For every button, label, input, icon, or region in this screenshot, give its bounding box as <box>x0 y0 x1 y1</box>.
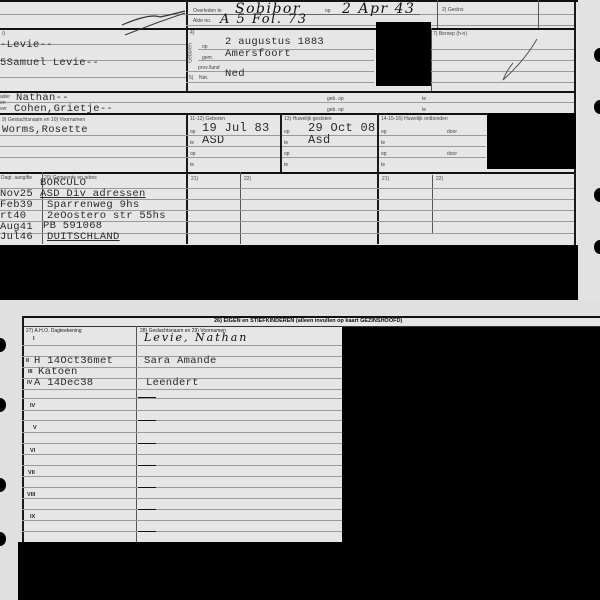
row-number: VIII <box>27 492 35 498</box>
birth-date: 2 augustus 1883 <box>225 36 324 48</box>
ontbonden-label: 14-15-16) Huwelijk ontbonden <box>381 116 448 122</box>
given-names-text: Samuel Levie-- <box>7 57 99 69</box>
redaction-block <box>18 542 600 600</box>
op-label: op <box>284 151 290 157</box>
door-label: door <box>447 129 457 135</box>
birth-place: Amersfoort <box>225 48 291 60</box>
death-op-label: op <box>325 8 331 14</box>
marriage-te-label: te <box>284 140 288 146</box>
rule <box>538 0 539 28</box>
col23-label: 21) <box>382 176 389 182</box>
rule <box>138 443 156 444</box>
op-label: op <box>381 151 387 157</box>
marriage-place: Asd <box>308 133 331 147</box>
rule <box>138 531 156 532</box>
punch-hole <box>594 188 600 202</box>
rule <box>198 60 374 61</box>
geslacht-label: 2) Geslnv. <box>442 7 464 13</box>
row-number: II <box>26 358 29 364</box>
marriage-op-label: op <box>284 129 290 135</box>
rule <box>22 487 342 488</box>
child-name: Sara Amande <box>144 355 217 367</box>
row-number: IV <box>27 380 32 386</box>
rule <box>432 175 433 233</box>
child-aho-entry: A 14Dec38 <box>34 377 93 389</box>
te-label: te <box>190 162 194 168</box>
row-number: I <box>33 336 35 342</box>
address-row-date: Jul46 <box>0 231 33 243</box>
redaction-block <box>0 245 578 301</box>
row-number: IV <box>30 403 35 409</box>
op-label: op <box>381 129 387 135</box>
col21-label: 21) <box>191 176 198 182</box>
father-geb-op-label: geb. op <box>327 96 344 102</box>
rule <box>138 487 156 488</box>
rule <box>280 113 282 173</box>
rule <box>186 113 188 173</box>
father-te-label: te <box>422 96 426 102</box>
punch-hole <box>594 48 600 62</box>
person-given-names: 5Samuel Levie-- <box>0 57 99 69</box>
rule <box>22 432 342 433</box>
birth-op-label: op <box>202 44 208 50</box>
rule <box>186 146 486 147</box>
section-number: /) <box>2 31 5 37</box>
rule <box>437 0 438 28</box>
rule <box>22 454 342 455</box>
rule <box>186 82 374 83</box>
rule <box>138 420 156 421</box>
prov-land-label: prov./land <box>198 65 220 71</box>
rule <box>0 157 186 158</box>
rule <box>22 531 342 532</box>
rule <box>0 135 186 136</box>
rule <box>22 398 342 399</box>
rule <box>0 77 186 78</box>
redaction-block <box>487 113 576 169</box>
rule <box>22 443 342 444</box>
beroep-label: 7) Beroep (h-n) <box>433 31 467 37</box>
rule <box>0 172 574 174</box>
nationality-label: Nat. <box>199 75 208 81</box>
rule <box>0 146 186 147</box>
rule <box>22 498 342 499</box>
children-surname: Levie, Nathan <box>144 331 248 344</box>
col24-label: 22) <box>436 176 443 182</box>
rule <box>22 520 342 521</box>
date-column-label: Dagt. aangifte <box>1 175 32 181</box>
row-number: III <box>28 369 33 375</box>
check-mark <box>495 35 545 85</box>
rule <box>138 465 156 466</box>
row-number: V <box>33 425 37 431</box>
row-number: IX <box>30 514 35 520</box>
punch-hole <box>594 240 600 254</box>
rule <box>22 465 342 466</box>
overleden-label: Overleden te <box>193 8 222 14</box>
rule <box>377 113 379 173</box>
nationality: Ned <box>225 68 245 80</box>
mother-geb-op-label: geb. op <box>327 107 344 113</box>
redaction-block <box>376 22 431 86</box>
rule <box>138 397 156 398</box>
te-label: te <box>381 140 385 146</box>
mother-te-label: te <box>422 107 426 113</box>
rule <box>22 476 342 477</box>
aho-column-label: 27) A.H.O. Dagteekening <box>26 328 82 334</box>
rule <box>22 410 342 411</box>
person-surname: -Levie-- <box>0 39 53 51</box>
te-label: te <box>284 162 288 168</box>
rule <box>186 157 486 158</box>
birth-gem-label: gem. <box>202 55 213 61</box>
children-section-title: 26) EIGEN en STIEFKINDEREN (alleen invul… <box>214 318 402 324</box>
door-label: door <box>447 151 457 157</box>
right-margin-strip <box>578 0 600 300</box>
rule <box>22 509 342 510</box>
te-label: te <box>381 162 385 168</box>
rule <box>22 420 342 421</box>
pen-stroke-mark <box>110 5 190 37</box>
address-row-place: DUITSCHLAND <box>47 231 120 243</box>
geboren-vertical-label: Geboren <box>188 43 194 62</box>
death-date: 2 Apr 43 <box>342 1 415 17</box>
surname-text: Levie-- <box>7 39 53 51</box>
child-name: Leendert <box>146 377 199 389</box>
rule <box>186 71 374 72</box>
row-number: VI <box>30 448 35 454</box>
rule <box>22 389 342 390</box>
akte-number: A 5 Fol. 73 <box>220 12 308 27</box>
section-number: 5) <box>189 75 193 81</box>
punch-hole <box>594 100 600 114</box>
rule <box>138 509 156 510</box>
col22-label: 22) <box>244 176 251 182</box>
rule <box>22 345 342 346</box>
rule <box>0 91 574 93</box>
mother-label: ver <box>0 106 7 112</box>
akte-label: Akte no. <box>193 18 211 24</box>
row-number: VII <box>28 470 35 476</box>
rule <box>0 28 574 30</box>
spouse-name-label: 9) Geslachtsnaam en 10) Voornamen <box>2 117 85 123</box>
section-number: 4) <box>190 30 194 36</box>
mother-name: Cohen,Grietje-- <box>14 103 113 115</box>
